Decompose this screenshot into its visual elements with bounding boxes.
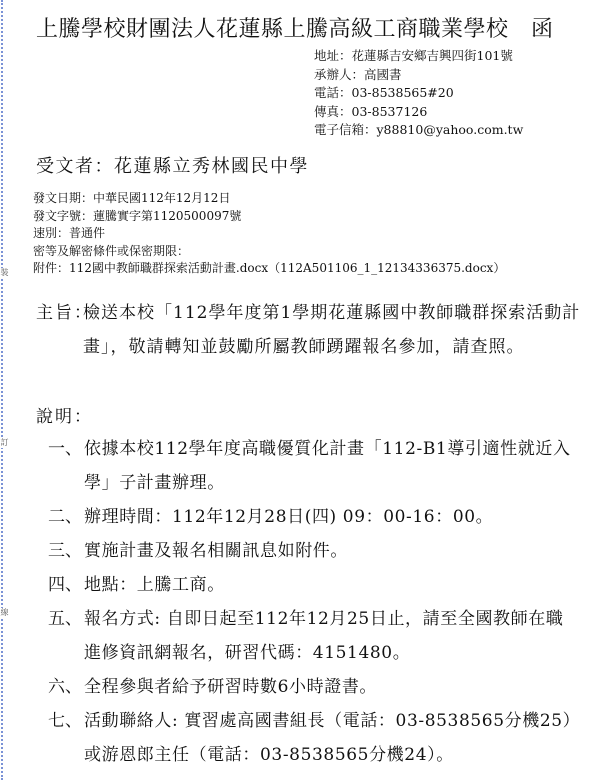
item-number: 一、	[48, 432, 82, 466]
sender-email: 電子信箱：y88810@yahoo.com.tw	[314, 121, 523, 140]
explanation-item-7: 七、 活動聯絡人: 實習處高國書組長（電話：03-8538565分機25）或游恩…	[48, 704, 588, 772]
item-text: 辦理時間：112年12月28日(四) 09：00-16：00。	[84, 500, 576, 534]
explanation-item-5: 五、 報名方式: 自即日起至112年12月25日止，請至全國教師在職進修資訊網報…	[48, 602, 588, 670]
issue-date: 發文日期：中華民國112年12月12日	[33, 190, 505, 208]
explanation-item-2: 二、 辦理時間：112年12月28日(四) 09：00-16：00。	[48, 500, 588, 534]
item-text: 地點：上騰工商。	[84, 568, 576, 602]
binding-dotted-line	[1, 0, 3, 780]
sender-address: 地址：花蓮縣吉安鄉吉興四街101號	[314, 47, 523, 66]
document-meta: 發文日期：中華民國112年12月12日 發文字號：蓮騰實字第1120500097…	[33, 190, 505, 278]
binding-mark-zhuang: 裝	[0, 268, 9, 278]
item-text: 報名方式: 自即日起至112年12月25日止，請至全國教師在職進修資訊網報名，研…	[84, 602, 576, 670]
item-number: 二、	[48, 500, 82, 534]
sender-info: 地址：花蓮縣吉安鄉吉興四街101號 承辦人：高國書 電話：03-8538565#…	[314, 47, 523, 140]
binding-mark-ding: 訂	[0, 438, 9, 448]
recipient: 受文者：花蓮縣立秀林國民中學	[36, 152, 309, 178]
attachment-link[interactable]: 附件：112國中教師職群探索活動計畫.docx（112A501106_1_121…	[33, 260, 505, 278]
explanation-label: 說明：	[36, 402, 93, 427]
document-title: 上騰學校財團法人花蓮縣上騰高級工商職業學校 函	[36, 12, 554, 43]
item-number: 七、	[48, 704, 82, 738]
item-text: 全程參與者給予研習時數6小時證書。	[84, 670, 576, 704]
explanation-list: 一、 依據本校112學年度高職優質化計畫「112-B1導引適性就近入學」子計畫辦…	[48, 432, 588, 772]
explanation-item-6: 六、 全程參與者給予研習時數6小時證書。	[48, 670, 588, 704]
subject-text: 檢送本校「112學年度第1學期花蓮縣國中教師職群探索活動計畫」，敬請轉知並鼓勵所…	[83, 296, 583, 364]
item-number: 三、	[48, 534, 82, 568]
binding-mark-xian: 線	[0, 608, 9, 618]
classification: 密等及解密條件或保密期限：	[33, 243, 505, 261]
item-text: 實施計畫及報名相關訊息如附件。	[84, 534, 576, 568]
subject-label: 主旨：	[36, 296, 93, 330]
item-number: 五、	[48, 602, 82, 636]
priority: 速別：普通件	[33, 225, 505, 243]
explanation-item-1: 一、 依據本校112學年度高職優質化計畫「112-B1導引適性就近入學」子計畫辦…	[48, 432, 588, 500]
item-number: 四、	[48, 568, 82, 602]
explanation-item-3: 三、 實施計畫及報名相關訊息如附件。	[48, 534, 588, 568]
explanation-item-4: 四、 地點：上騰工商。	[48, 568, 588, 602]
document-number: 發文字號：蓮騰實字第1120500097號	[33, 208, 505, 226]
item-text: 活動聯絡人: 實習處高國書組長（電話：03-8538565分機25）或游恩郎主任…	[84, 704, 576, 772]
item-number: 六、	[48, 670, 82, 704]
sender-fax: 傳真：03-8537126	[314, 103, 523, 122]
sender-phone: 電話：03-8538565#20	[314, 84, 523, 103]
item-text: 依據本校112學年度高職優質化計畫「112-B1導引適性就近入學」子計畫辦理。	[84, 432, 576, 500]
subject-section: 主旨： 檢送本校「112學年度第1學期花蓮縣國中教師職群探索活動計畫」，敬請轉知…	[36, 296, 596, 364]
sender-contact-person: 承辦人：高國書	[314, 66, 523, 85]
